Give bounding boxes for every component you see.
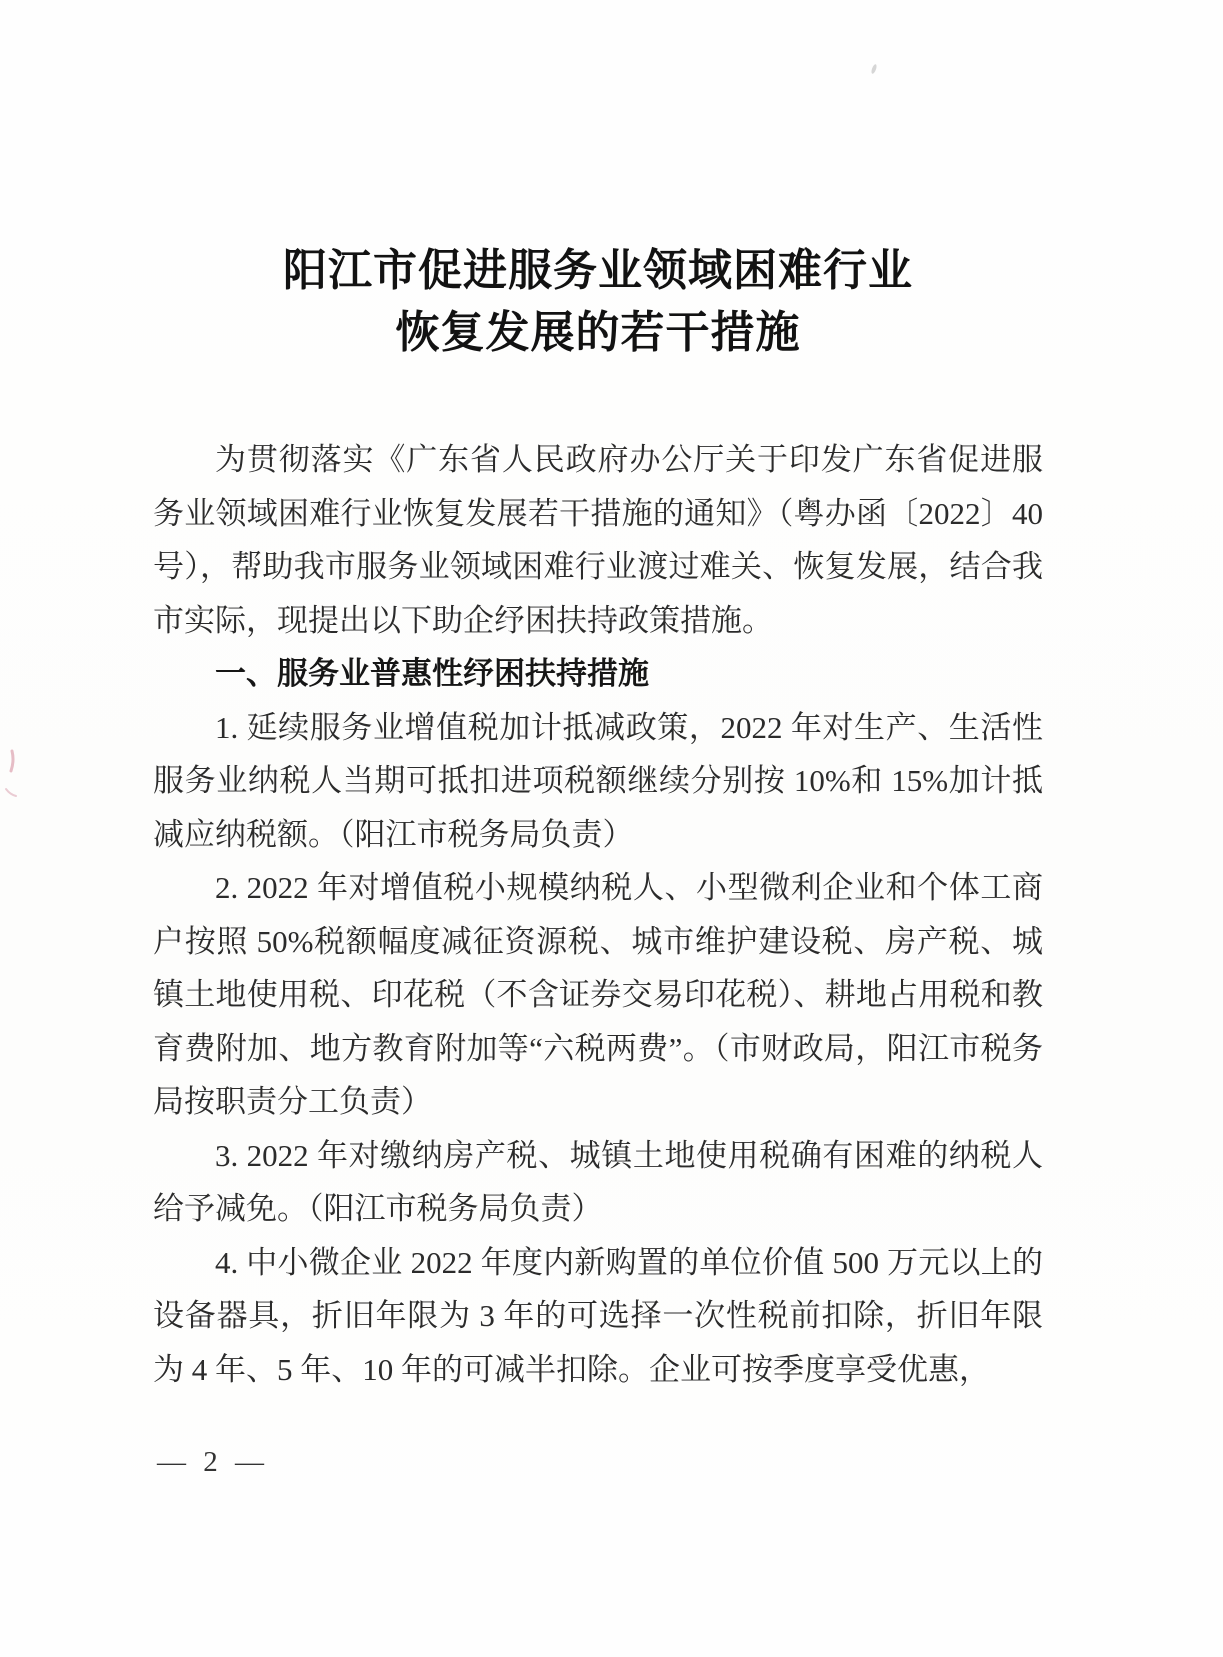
paragraph: 为贯彻落实《广东省人民政府办公厅关于印发广东省促进服务业领域困难行业恢复发展若干… [153, 433, 1043, 647]
title-line-2: 恢复发展的若干措施 [153, 302, 1043, 364]
document-page: 阳江市促进服务业领域困难行业 恢复发展的若干措施 为贯彻落实《广东省人民政府办公… [0, 0, 1223, 1657]
document-title: 阳江市促进服务业领域困难行业 恢复发展的若干措施 [153, 240, 1043, 364]
scan-artifact-mark [0, 745, 24, 815]
scan-speck [870, 64, 877, 75]
paragraph: 3. 2022 年对缴纳房产税、城镇土地使用税确有困难的纳税人给予减免。（阳江市… [153, 1129, 1043, 1236]
paragraph: 2. 2022 年对增值税小规模纳税人、小型微利企业和个体工商户按照 50%税额… [153, 861, 1043, 1129]
paragraph: 1. 延续服务业增值税加计抵减政策，2022 年对生产、生活性服务业纳税人当期可… [153, 701, 1043, 862]
title-line-1: 阳江市促进服务业领域困难行业 [153, 240, 1043, 302]
paragraph: 4. 中小微企业 2022 年度内新购置的单位价值 500 万元以上的设备器具，… [153, 1236, 1043, 1397]
document-body: 为贯彻落实《广东省人民政府办公厅关于印发广东省促进服务业领域困难行业恢复发展若干… [153, 433, 1043, 1396]
section-heading: 一、服务业普惠性纾困扶持措施 [153, 647, 1043, 701]
page-number: — 2 — [157, 1446, 269, 1479]
